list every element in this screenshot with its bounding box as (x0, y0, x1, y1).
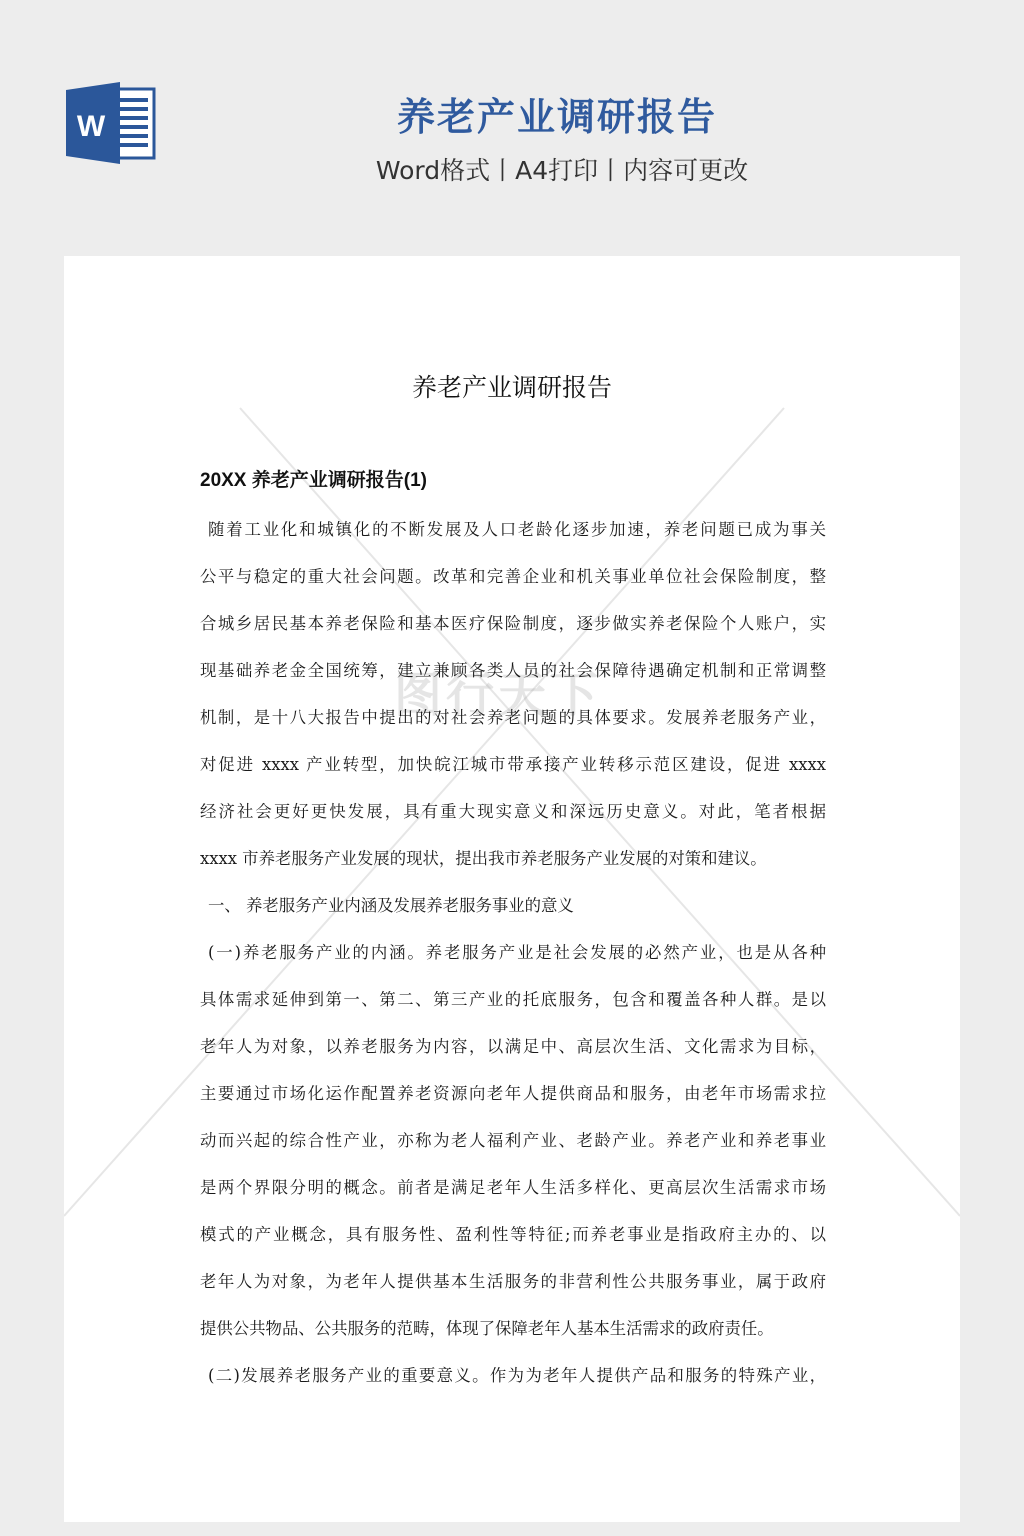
document-heading: 20XX 养老产业调研报告(1) (200, 466, 427, 496)
paragraph-line: 主要通过市场化运作配置养老资源向老年人提供商品和服务，由老年市场需求拉 (200, 1070, 826, 1117)
paragraph-line: 是两个界限分明的概念。前者是满足老年人生活多样化、更高层次生活需求市场 (200, 1164, 826, 1211)
section-heading-line: 一、 养老服务产业内涵及发展养老服务事业的意义 (200, 882, 826, 929)
paragraph-line: xxxx 市养老服务产业发展的现状，提出我市养老服务产业发展的对策和建议。 (200, 835, 826, 882)
document-title: 养老产业调研报告 (64, 368, 960, 408)
paragraph-line: 合城乡居民基本养老保险和基本医疗保险制度，逐步做实养老保险个人账户，实 (200, 600, 826, 647)
paragraph-line: 动而兴起的综合性产业，亦称为老人福利产业、老龄产业。养老产业和养老事业 (200, 1117, 826, 1164)
paragraph-line: 公平与稳定的重大社会问题。改革和完善企业和机关事业单位社会保险制度，整 (200, 553, 826, 600)
paragraph-line: (二)发展养老服务产业的重要意义。作为为老年人提供产品和服务的特殊产业， (200, 1352, 826, 1399)
paragraph-line: 随着工业化和城镇化的不断发展及人口老龄化逐步加速，养老问题已成为事关 (200, 506, 826, 553)
document-body: 随着工业化和城镇化的不断发展及人口老龄化逐步加速，养老问题已成为事关 公平与稳定… (200, 506, 826, 1399)
header-title: 养老产业调研报告 (0, 92, 1024, 142)
paragraph-line: 现基础养老金全国统筹，建立兼顾各类人员的社会保障待遇确定机制和正常调整 (200, 647, 826, 694)
paragraph-line: 模式的产业概念，具有服务性、盈利性等特征;而养老事业是指政府主办的、以 (200, 1211, 826, 1258)
paragraph-line: 具体需求延伸到第一、第二、第三产业的托底服务，包含和覆盖各种人群。是以 (200, 976, 826, 1023)
paragraph-line: 老年人为对象，以养老服务为内容，以满足中、高层次生活、文化需求为目标， (200, 1023, 826, 1070)
paragraph-line: 对促进 xxxx 产业转型，加快皖江城市带承接产业转移示范区建设，促进 xxxx (200, 741, 826, 788)
paragraph-line: (一)养老服务产业的内涵。养老服务产业是社会发展的必然产业，也是从各种 (200, 929, 826, 976)
header-subtitle: Word格式丨A4打印丨内容可更改 (0, 152, 1024, 190)
document-page: 图行天下 养老产业调研报告 20XX 养老产业调研报告(1) 随着工业化和城镇化… (64, 256, 960, 1522)
paragraph-line: 机制，是十八大报告中提出的对社会养老问题的具体要求。发展养老服务产业， (200, 694, 826, 741)
header-banner: W 养老产业调研报告 Word格式丨A4打印丨内容可更改 (0, 0, 1024, 256)
paragraph-line: 老年人为对象，为老年人提供基本生活服务的非营利性公共服务事业，属于政府 (200, 1258, 826, 1305)
paragraph-line: 经济社会更好更快发展，具有重大现实意义和深远历史意义。对此，笔者根据 (200, 788, 826, 835)
paragraph-line: 提供公共物品、公共服务的范畴，体现了保障老年人基本生活需求的政府责任。 (200, 1305, 826, 1352)
